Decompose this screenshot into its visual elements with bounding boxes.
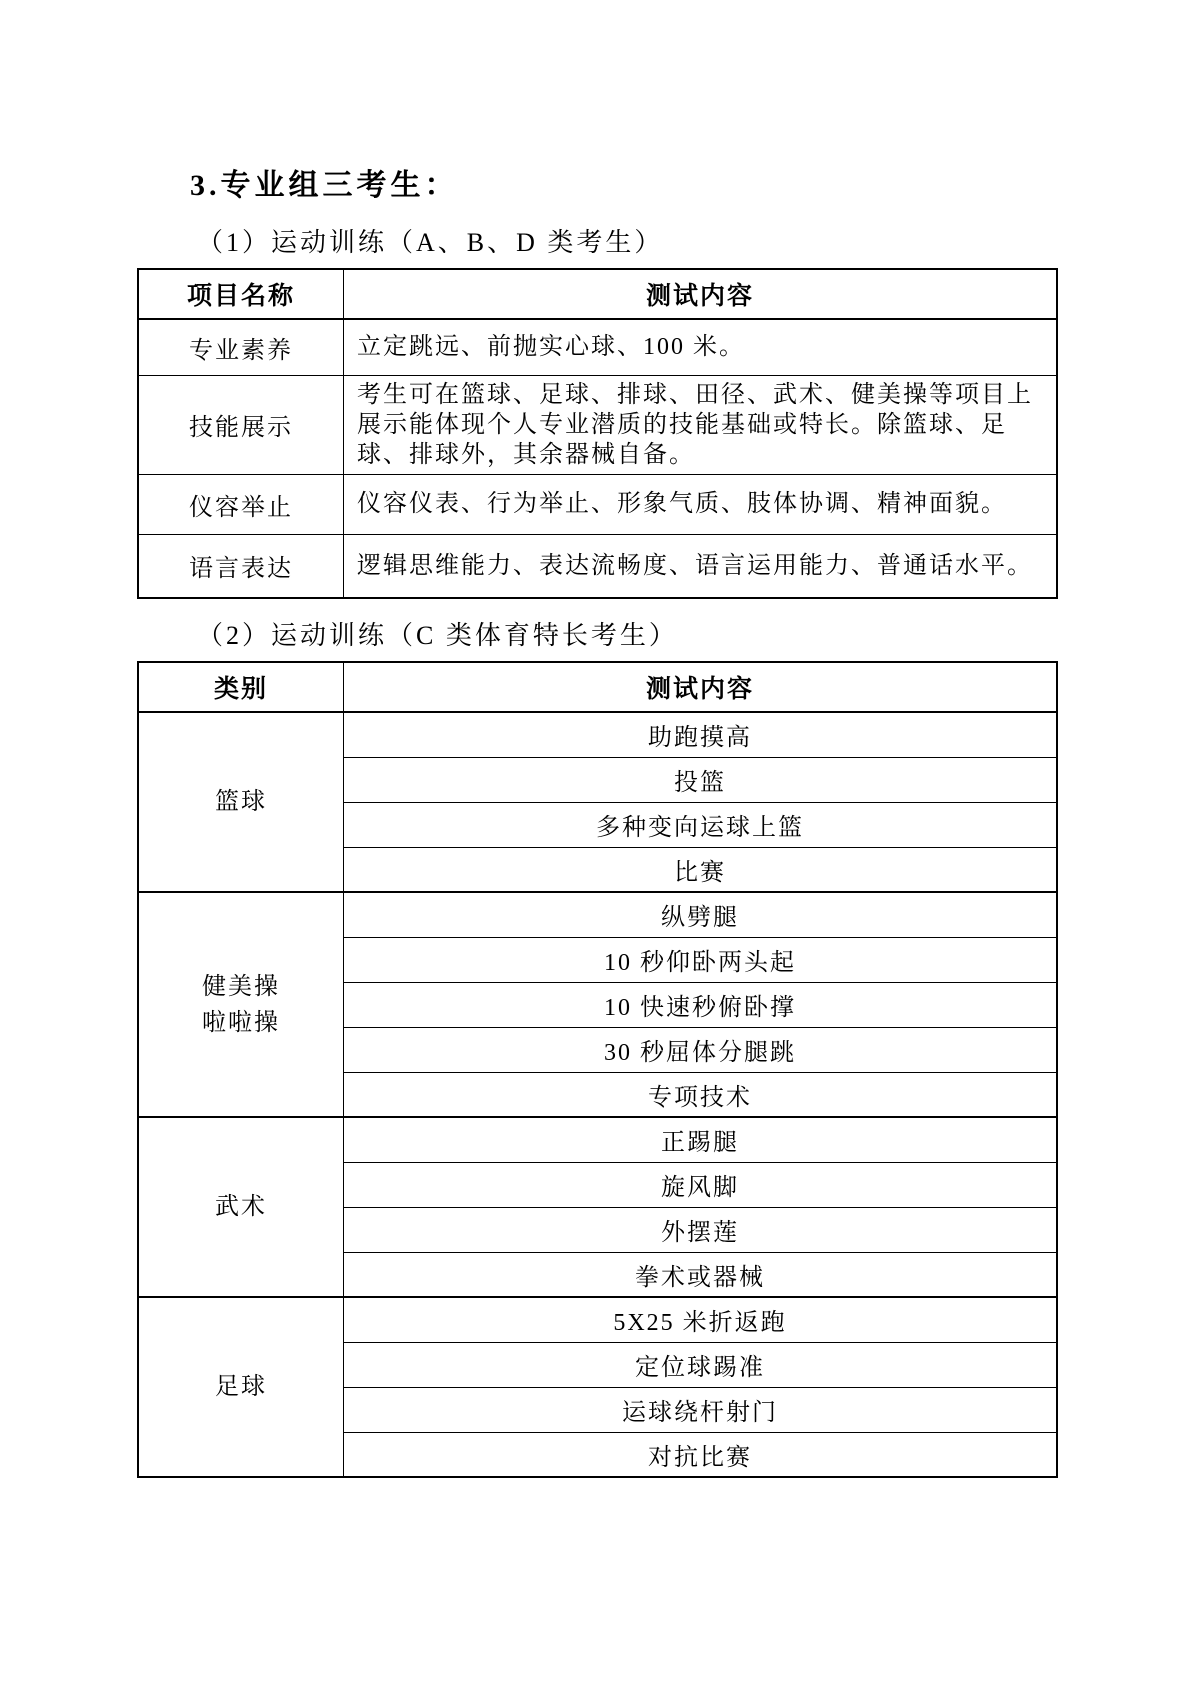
test-item-cell: 多种变向运球上篮 <box>344 802 1058 847</box>
table-header-row: 类别 测试内容 <box>138 662 1057 712</box>
row-content-cell: 考生可在篮球、足球、排球、田径、武术、健美操等项目上展示能体现个人专业潜质的技能… <box>344 375 1058 474</box>
row-name-cell: 专业素养 <box>138 319 344 375</box>
table-row: 足球5X25 米折返跑 <box>138 1297 1057 1342</box>
header-cell-category: 类别 <box>138 662 344 712</box>
section2-title: （2）运动训练（C 类体育特长考生） <box>197 621 1049 651</box>
document-page: 3.专业组三考生： （1）运动训练（A、B、D 类考生） 项目名称 测试内容 专… <box>0 0 1191 1684</box>
row-content-cell: 立定跳远、前抛实心球、100 米。 <box>344 319 1058 375</box>
table-row: 健美操 啦啦操纵劈腿 <box>138 892 1057 937</box>
category-cell: 武术 <box>138 1117 344 1297</box>
test-item-cell: 助跑摸高 <box>344 712 1058 757</box>
table-row: 篮球助跑摸高 <box>138 712 1057 757</box>
row-name-cell: 语言表达 <box>138 534 344 598</box>
test-item-cell: 运球绕杆射门 <box>344 1387 1058 1432</box>
test-item-cell: 30 秒屈体分腿跳 <box>344 1027 1058 1072</box>
test-item-cell: 外摆莲 <box>344 1207 1058 1252</box>
table-header-row: 项目名称 测试内容 <box>138 269 1057 319</box>
test-item-cell: 纵劈腿 <box>344 892 1058 937</box>
category-cell: 篮球 <box>138 712 344 892</box>
test-item-cell: 10 秒仰卧两头起 <box>344 937 1058 982</box>
test-item-cell: 专项技术 <box>344 1072 1058 1117</box>
test-item-cell: 比赛 <box>344 847 1058 892</box>
table-row: 专业素养立定跳远、前抛实心球、100 米。 <box>138 319 1057 375</box>
test-item-cell: 10 快速秒俯卧撑 <box>344 982 1058 1027</box>
test-item-cell: 拳术或器械 <box>344 1252 1058 1297</box>
category-cell: 足球 <box>138 1297 344 1477</box>
section1-title: （1）运动训练（A、B、D 类考生） <box>197 228 1049 258</box>
category-cell: 健美操 啦啦操 <box>138 892 344 1117</box>
page-title: 3.专业组三考生： <box>190 170 1049 202</box>
test-item-cell: 正踢腿 <box>344 1117 1058 1162</box>
table-row: 武术正踢腿 <box>138 1117 1057 1162</box>
test-item-cell: 旋风脚 <box>344 1162 1058 1207</box>
row-content-cell: 逻辑思维能力、表达流畅度、语言运用能力、普通话水平。 <box>344 534 1058 598</box>
test-item-cell: 投篮 <box>344 757 1058 802</box>
test-item-cell: 定位球踢准 <box>344 1342 1058 1387</box>
row-name-cell: 技能展示 <box>138 375 344 474</box>
header-cell-test-content: 测试内容 <box>344 269 1058 319</box>
row-content-cell: 仪容仪表、行为举止、形象气质、肢体协调、精神面貌。 <box>344 474 1058 534</box>
section2-table: 类别 测试内容 篮球助跑摸高投篮多种变向运球上篮比赛健美操 啦啦操纵劈腿10 秒… <box>137 661 1058 1478</box>
header-cell-item-name: 项目名称 <box>138 269 344 319</box>
test-item-cell: 5X25 米折返跑 <box>344 1297 1058 1342</box>
test-item-cell: 对抗比赛 <box>344 1432 1058 1477</box>
section1-table: 项目名称 测试内容 专业素养立定跳远、前抛实心球、100 米。技能展示考生可在篮… <box>137 268 1058 599</box>
row-name-cell: 仪容举止 <box>138 474 344 534</box>
table-row: 语言表达逻辑思维能力、表达流畅度、语言运用能力、普通话水平。 <box>138 534 1057 598</box>
table-row: 技能展示考生可在篮球、足球、排球、田径、武术、健美操等项目上展示能体现个人专业潜… <box>138 375 1057 474</box>
header-cell-test-content: 测试内容 <box>344 662 1058 712</box>
table-row: 仪容举止仪容仪表、行为举止、形象气质、肢体协调、精神面貌。 <box>138 474 1057 534</box>
